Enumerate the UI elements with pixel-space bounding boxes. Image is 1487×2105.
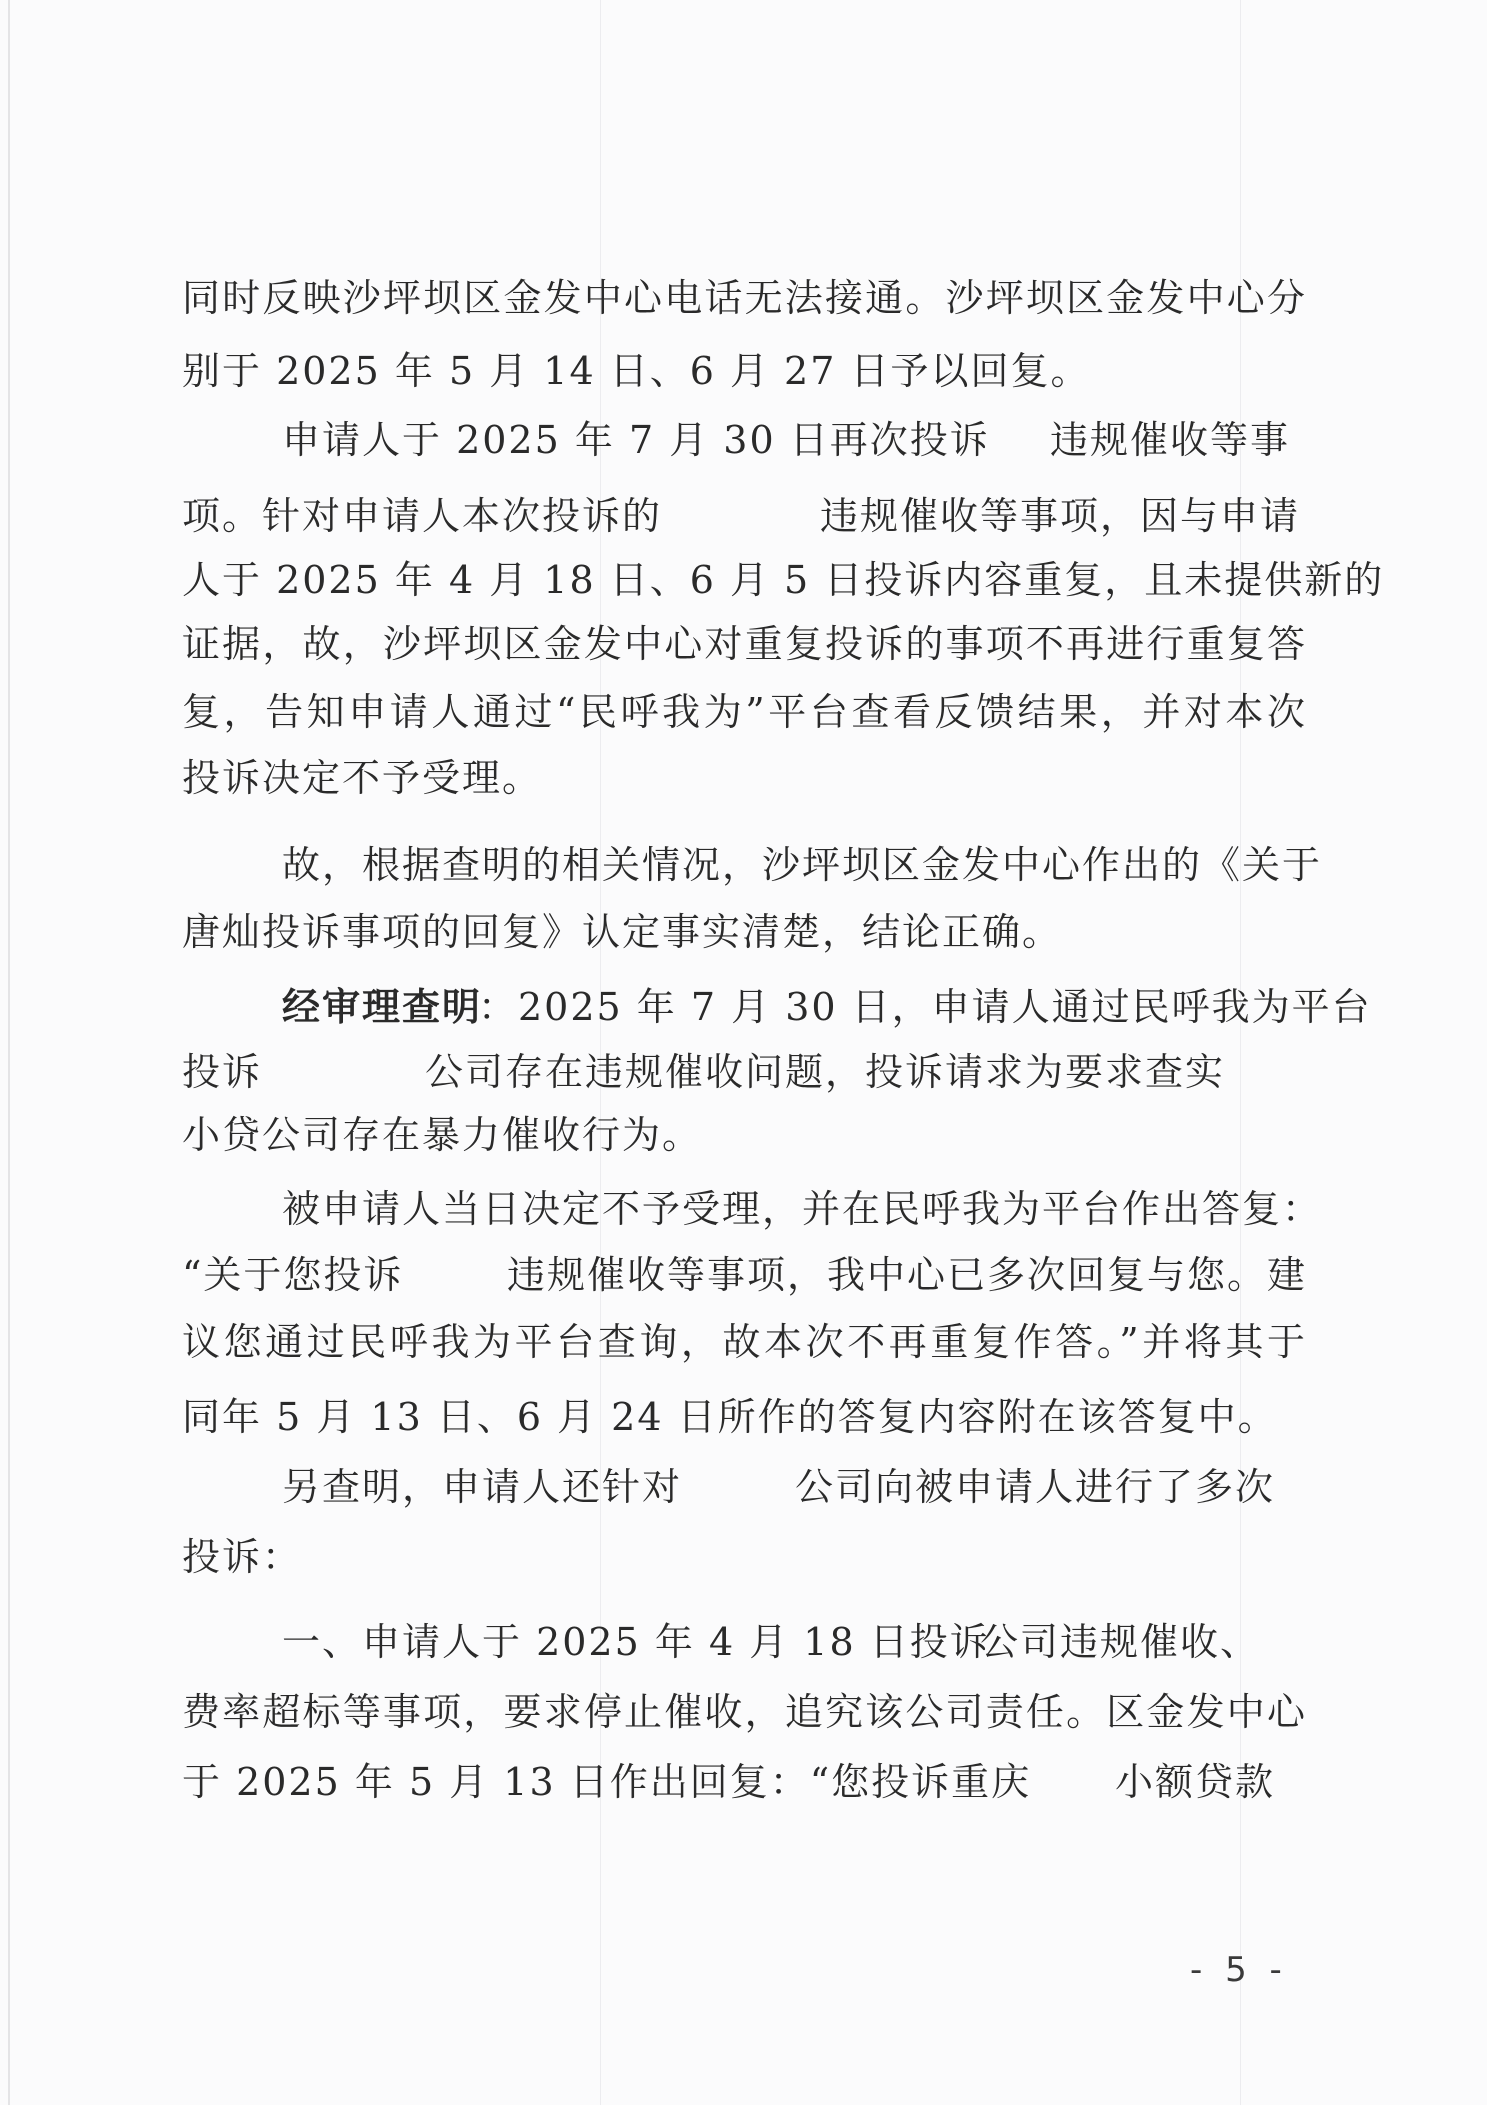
text-line: 违规催收等事 bbox=[1050, 418, 1290, 462]
text-line: 公司违规催收、 bbox=[980, 1620, 1260, 1664]
text-line: 人于 2025 年 4 月 18 日、6 月 5 日投诉内容重复，且未提供新的 bbox=[182, 558, 1307, 602]
text-line: 小贷公司存在暴力催收行为。 bbox=[182, 1113, 1307, 1157]
text-line: ：2025 年 7 月 30 日，申请人通过民呼我为平台 bbox=[478, 985, 1372, 1029]
text-line: 被申请人当日决定不予受理，并在民呼我为平台作出答复： bbox=[282, 1187, 1307, 1231]
page-number: - 5 - bbox=[1190, 1950, 1288, 1990]
text-line: 项。针对申请人本次投诉的 bbox=[182, 494, 662, 538]
text-line: “关于您投诉 bbox=[182, 1253, 403, 1297]
text-line: 公司向被申请人进行了多次 bbox=[795, 1465, 1275, 1509]
text-line: 费率超标等事项，要求停止催收，追究该公司责任。区金发中心 bbox=[182, 1690, 1307, 1734]
text-line: 别于 2025 年 5 月 14 日、6 月 27 日予以回复。 bbox=[182, 349, 1307, 393]
text-line: 同时反映沙坪坝区金发中心电话无法接通。沙坪坝区金发中心分 bbox=[182, 276, 1307, 320]
text-line: 于 2025 年 5 月 13 日作出回复：“您投诉重庆 bbox=[182, 1760, 1031, 1804]
text-line: 同年 5 月 13 日、6 月 24 日所作的答复内容附在该答复中。 bbox=[182, 1395, 1307, 1439]
text-line: 申请人于 2025 年 7 月 30 日再次投诉 bbox=[282, 418, 990, 462]
text-line: 一、申请人于 2025 年 4 月 18 日投诉 bbox=[282, 1620, 990, 1664]
text-line: 投诉 bbox=[182, 1050, 262, 1094]
text-line: 投诉： bbox=[182, 1535, 1307, 1579]
text-line: 另查明，申请人还针对 bbox=[282, 1465, 682, 1509]
text-line: 复，告知申请人通过“民呼我为”平台查看反馈结果，并对本次 bbox=[182, 690, 1307, 734]
text-line: 议您通过民呼我为平台查询，故本次不再重复作答。”并将其于 bbox=[182, 1320, 1307, 1364]
text-line: 小额贷款 bbox=[1115, 1760, 1275, 1804]
text-line: 违规催收等事项，我中心已多次回复与您。建 bbox=[507, 1253, 1307, 1297]
section-heading: 经审理查明 bbox=[282, 985, 482, 1029]
scan-edge bbox=[8, 0, 10, 2105]
text-line: 证据，故，沙坪坝区金发中心对重复投诉的事项不再进行重复答 bbox=[182, 622, 1307, 666]
text-line: 故，根据查明的相关情况，沙坪坝区金发中心作出的《关于 bbox=[282, 843, 1307, 887]
text-line: 唐灿投诉事项的回复》认定事实清楚，结论正确。 bbox=[182, 910, 1307, 954]
text-line: 投诉决定不予受理。 bbox=[182, 756, 1307, 800]
text-line: 违规催收等事项，因与申请 bbox=[820, 494, 1300, 538]
text-line: 公司存在违规催收问题，投诉请求为要求查实 bbox=[425, 1050, 1225, 1094]
